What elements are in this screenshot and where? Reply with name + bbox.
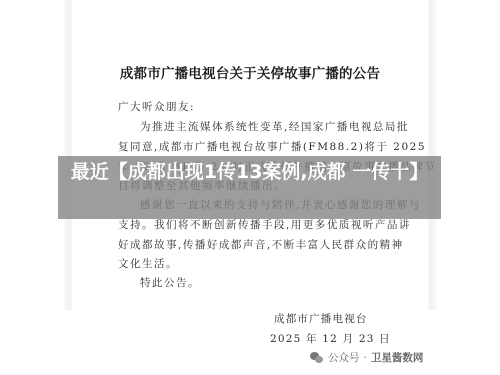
source-brand: 卫星酱数网 bbox=[371, 350, 424, 365]
body-line-8: 文化生活。 bbox=[118, 256, 178, 271]
headline-overlay: 最近【成都出现1传13案例,成都 一传十】 bbox=[58, 156, 441, 219]
source-attribution: 公众号 · 卫星酱数网 bbox=[310, 350, 423, 365]
source-label: 公众号 bbox=[328, 350, 360, 365]
body-line-7: 好成都故事,传播好成都声音,不断丰富人民群众的精神 bbox=[118, 237, 404, 252]
document-title: 成都市广播电视台关于关停故事广播的公告 bbox=[72, 62, 428, 82]
body-line-6: 支持。我们将不断创新传播手段,用更多优质视听产品讲 bbox=[118, 217, 411, 232]
body-line-1: 为推进主流媒体系统性变革,经国家广播电视总局批 bbox=[140, 119, 409, 134]
source-separator: · bbox=[364, 352, 367, 364]
signature-org: 成都市广播电视台 bbox=[274, 311, 368, 326]
signature-date: 2025 年 12 月 23 日 bbox=[270, 331, 391, 346]
salutation: 广大听众朋友: bbox=[118, 99, 195, 114]
headline-text: 最近【成都出现1传13案例,成都 一传十】 bbox=[58, 159, 441, 186]
wechat-icon bbox=[310, 352, 324, 364]
closing-line: 特此公告。 bbox=[140, 275, 200, 290]
body-line-2: 复同意,成都市广播电视台故事广播(FM88.2)将于 2025 bbox=[118, 139, 426, 154]
